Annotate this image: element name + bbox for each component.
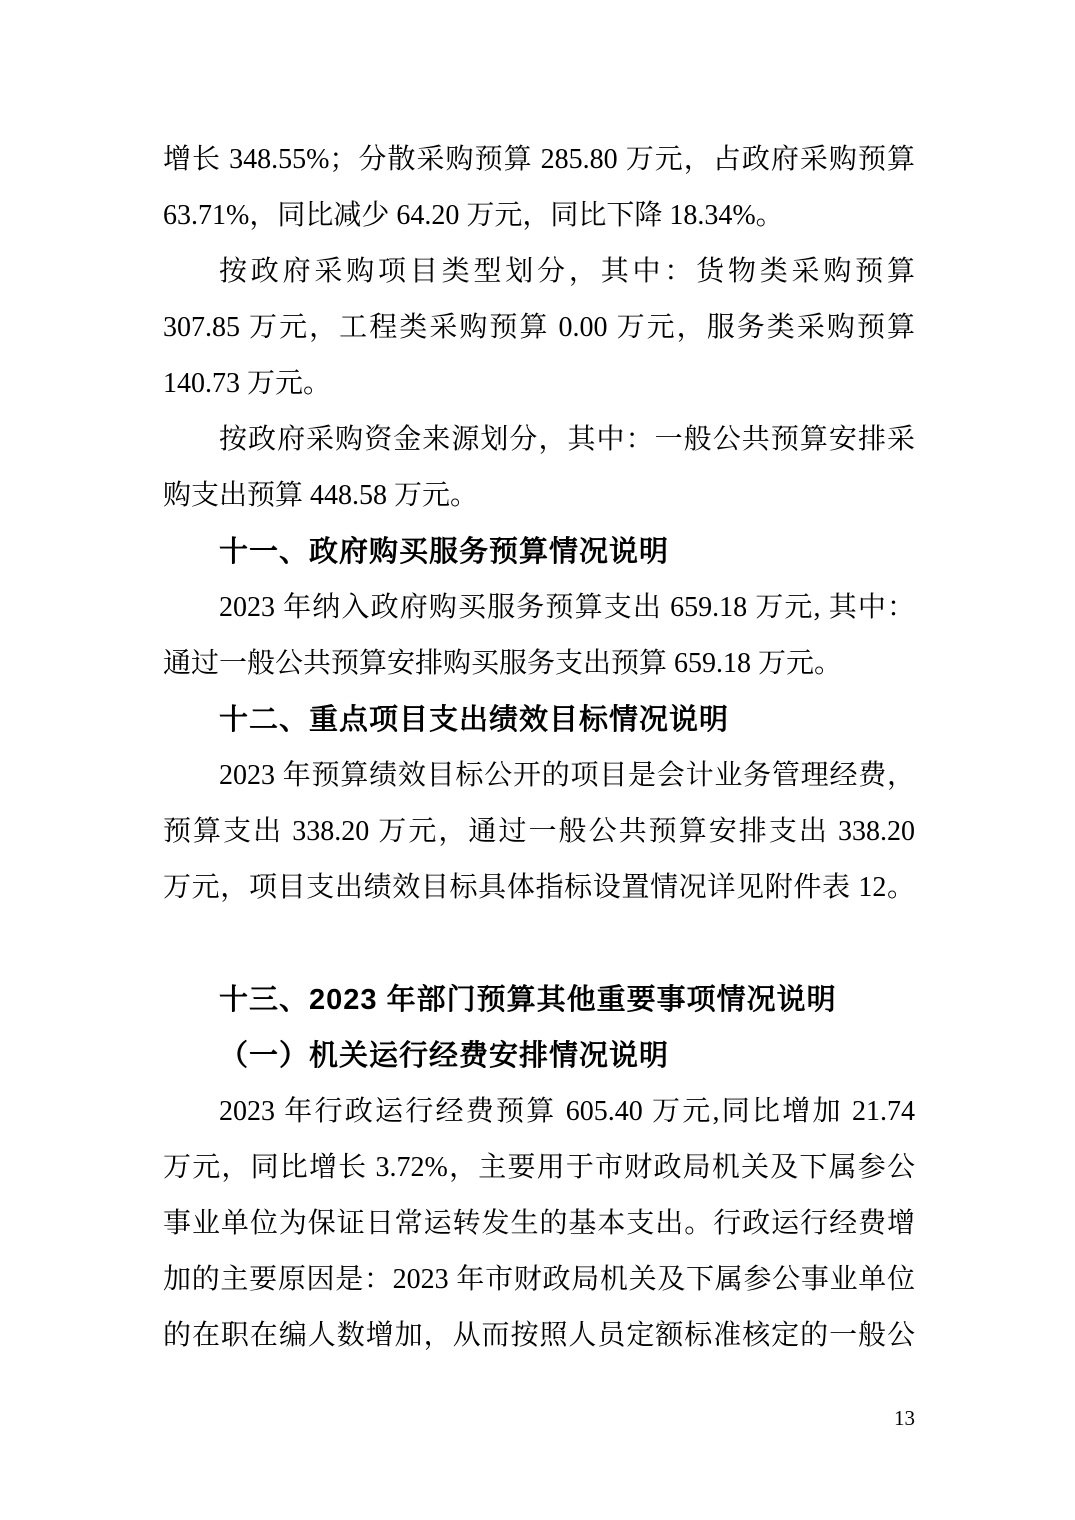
- body-line-paragraph-start: 2023 年纳入政府购买服务预算支出 659.18 万元, 其中：: [163, 580, 915, 636]
- page-number: 13: [163, 1404, 915, 1432]
- body-line-paragraph-start: 按政府采购项目类型划分，其中：货物类采购预算: [163, 244, 915, 300]
- section-heading-13: 十三、2023 年部门预算其他重要事项情况说明: [163, 972, 915, 1028]
- body-line-paragraph-start: 2023 年行政运行经费预算 605.40 万元,同比增加 21.74: [163, 1084, 915, 1140]
- body-line: 预算支出 338.20 万元，通过一般公共预算安排支出 338.20: [163, 804, 915, 860]
- section-heading-12: 十二、重点项目支出绩效目标情况说明: [163, 692, 915, 748]
- body-line: 通过一般公共预算安排购买服务支出预算 659.18 万元。: [163, 636, 915, 692]
- body-line: 事业单位为保证日常运转发生的基本支出。行政运行经费增: [163, 1196, 915, 1252]
- body-line-paragraph-start: 2023 年预算绩效目标公开的项目是会计业务管理经费，: [163, 748, 915, 804]
- body-line-paragraph-start: 按政府采购资金来源划分，其中：一般公共预算安排采: [163, 412, 915, 468]
- body-line: 购支出预算 448.58 万元。: [163, 468, 915, 524]
- body-line: 307.85 万元，工程类采购预算 0.00 万元，服务类采购预算: [163, 300, 915, 356]
- body-line: 增长 348.55%；分散采购预算 285.80 万元，占政府采购预算: [163, 132, 915, 188]
- blank-line: [163, 916, 915, 972]
- body-line: 万元，项目支出绩效目标具体指标设置情况详见附件表 12。: [163, 860, 915, 916]
- body-line: 加的主要原因是：2023 年市财政局机关及下属参公事业单位: [163, 1252, 915, 1308]
- subsection-heading-1: （一）机关运行经费安排情况说明: [163, 1028, 915, 1084]
- body-line: 63.71%，同比减少 64.20 万元，同比下降 18.34%。: [163, 188, 915, 244]
- text-block: 增长 348.55%；分散采购预算 285.80 万元，占政府采购预算 63.7…: [163, 132, 915, 1364]
- section-heading-11: 十一、政府购买服务预算情况说明: [163, 524, 915, 580]
- document-page: 增长 348.55%；分散采购预算 285.80 万元，占政府采购预算 63.7…: [0, 0, 1075, 1520]
- body-line: 的在职在编人数增加，从而按照人员定额标准核定的一般公: [163, 1308, 915, 1364]
- body-line: 万元，同比增长 3.72%，主要用于市财政局机关及下属参公: [163, 1140, 915, 1196]
- body-line: 140.73 万元。: [163, 356, 915, 412]
